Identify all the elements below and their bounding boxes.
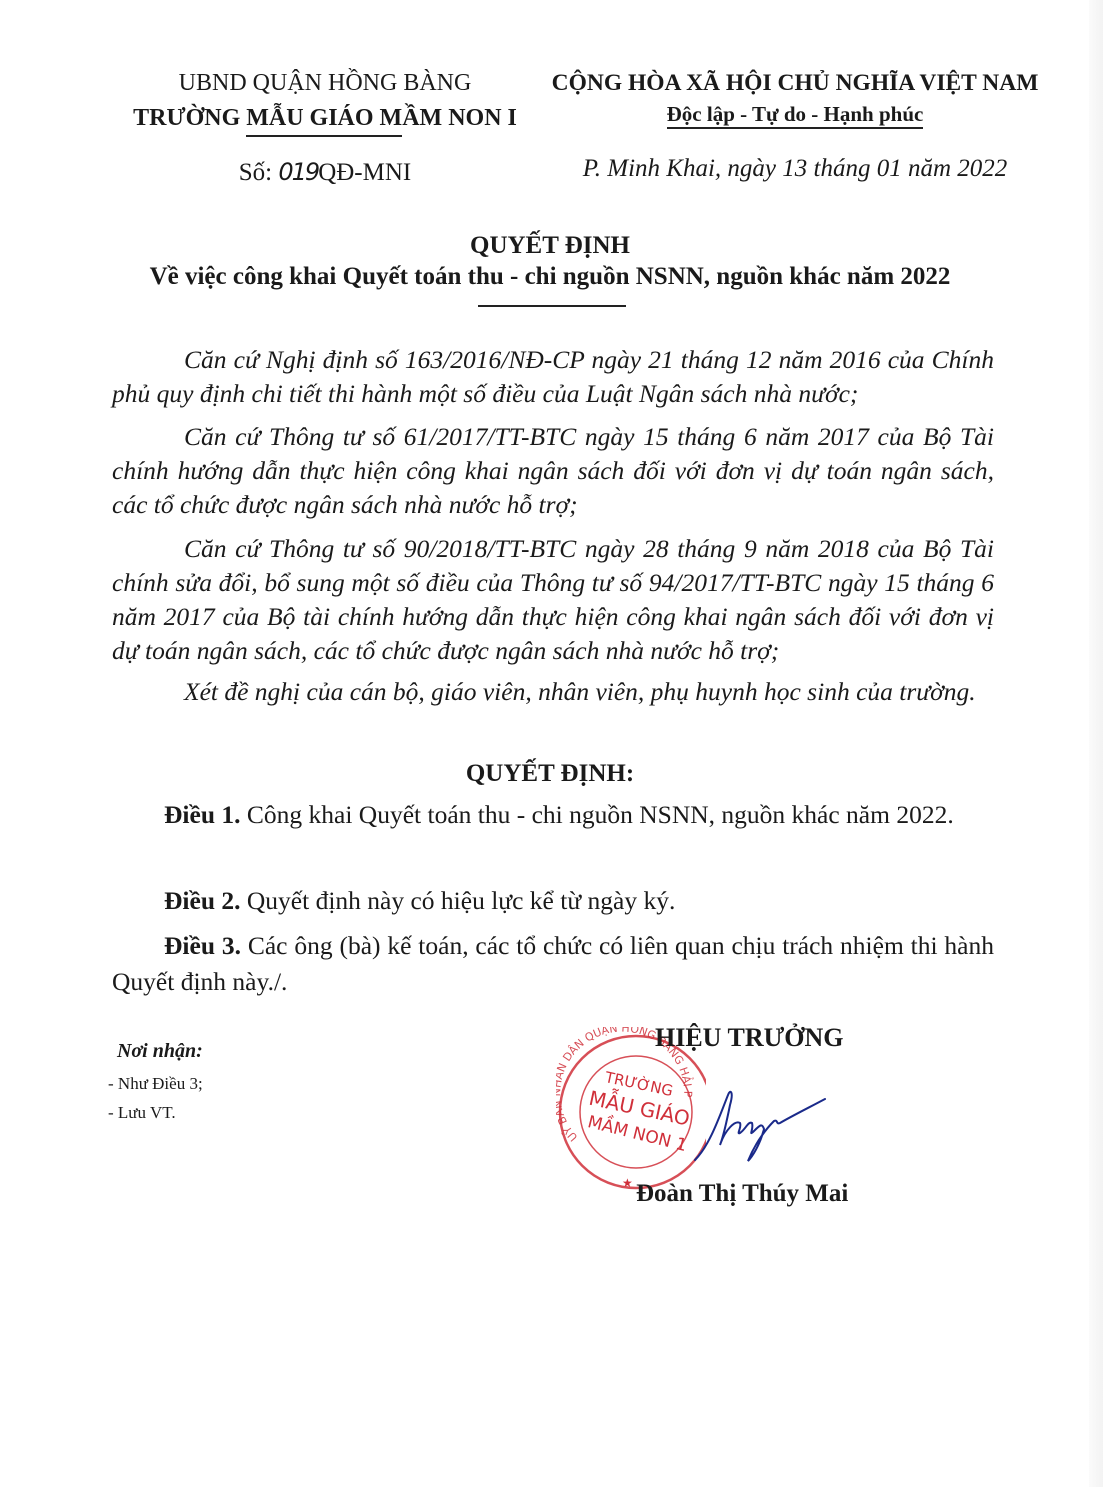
preamble-paragraph: Xét đề nghị của cán bộ, giáo viên, nhân … xyxy=(112,675,994,709)
preamble-paragraph: Căn cứ Nghị định số 163/2016/NĐ-CP ngày … xyxy=(112,343,994,411)
school-name: TRƯỜNG MẪU GIÁO MẦM NON I xyxy=(90,105,560,132)
school-name-underlined: MẪU GIÁO M xyxy=(246,105,402,131)
article-3: Điều 3. Các ông (bà) kế toán, các tổ chứ… xyxy=(112,928,994,1000)
article-text: Công khai Quyết toán thu - chi nguồn NSN… xyxy=(241,800,954,829)
document-subtitle: Về việc công khai Quyết toán thu - chi n… xyxy=(90,263,1010,291)
national-title: CỘNG HÒA XÃ HỘI CHỦ NGHĨA VIỆT NAM xyxy=(535,70,1055,97)
motto-text: Độc lập - Tự do - Hạnh phúc xyxy=(667,102,924,129)
school-name-prefix: TRƯỜNG xyxy=(133,105,246,131)
preamble-paragraph: Căn cứ Thông tư số 90/2018/TT-BTC ngày 2… xyxy=(112,532,994,668)
article-text: Các ông (bà) kế toán, các tổ chức có liê… xyxy=(112,931,994,996)
article-1: Điều 1. Công khai Quyết toán thu - chi n… xyxy=(112,797,994,833)
decision-heading: QUYẾT ĐỊNH: xyxy=(90,760,1010,788)
article-text: Quyết định này có hiệu lực kể từ ngày ký… xyxy=(241,886,676,915)
article-label: Điều 2. xyxy=(164,886,241,915)
svg-text:★: ★ xyxy=(622,1176,633,1190)
signer-title: HIỆU TRƯỞNG xyxy=(655,1023,844,1053)
signer-name: Đoàn Thị Thúy Mai xyxy=(636,1180,848,1208)
page-edge-shadow xyxy=(1089,0,1103,1487)
article-label: Điều 1. xyxy=(164,800,241,829)
recipient-item: - Lưu VT. xyxy=(108,1103,176,1123)
handwritten-signature-icon xyxy=(690,1085,830,1165)
number-handwritten: 019 xyxy=(278,158,318,186)
recipients-title: Nơi nhận: xyxy=(117,1040,203,1063)
number-suffix: QĐ-MNI xyxy=(318,159,411,186)
school-name-suffix: ẦM NON I xyxy=(402,105,517,131)
place-date: P. Minh Khai, ngày 13 tháng 01 năm 2022 xyxy=(535,155,1055,183)
number-prefix: Số: xyxy=(239,159,279,186)
national-motto: Độc lập - Tự do - Hạnh phúc xyxy=(535,102,1055,127)
decision-number: Số: 019QĐ-MNI xyxy=(90,158,560,187)
document-title: QUYẾT ĐỊNH xyxy=(90,232,1010,260)
article-2: Điều 2. Quyết định này có hiệu lực kể từ… xyxy=(112,883,994,919)
subtitle-divider xyxy=(478,305,626,307)
recipient-item: - Như Điều 3; xyxy=(108,1074,203,1094)
preamble-paragraph: Căn cứ Thông tư số 61/2017/TT-BTC ngày 1… xyxy=(112,420,994,522)
article-label: Điều 3. xyxy=(164,931,241,960)
issuing-authority: UBND QUẬN HỒNG BÀNG xyxy=(90,70,560,97)
